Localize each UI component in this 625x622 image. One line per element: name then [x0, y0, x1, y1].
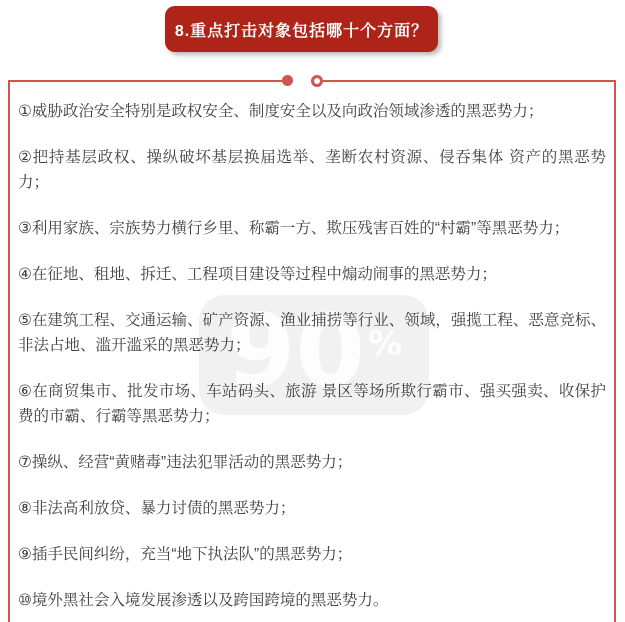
list-item-9: ⑨插手民间纠纷，充当“地下执法队”的黑恶势力；: [18, 542, 606, 567]
list-item-1: ①威胁政治安全特别是政权安全、制度安全以及向政治领域渗透的黑恶势力；: [18, 99, 606, 124]
header-banner: 8.重点打击对象包括哪十个方面？: [165, 6, 438, 52]
divider-dot-hollow-icon: [311, 75, 323, 87]
list-item-6: ⑥在商贸集市、批发市场、车站码头、旅游 景区等场所欺行霸市、强买强卖、收保护费的…: [18, 379, 606, 429]
list-item-2: ②把持基层政权、操纵破坏基层换届选举、垄断农村资源、侵吞集体 资产的黑恶势力；: [18, 145, 606, 195]
page-title: 8.重点打击对象包括哪十个方面？: [175, 18, 428, 41]
list-item-10: ⑩境外黑社会入境发展渗透以及跨国跨境的黑恶势力。: [18, 588, 606, 613]
list-item-4: ④在征地、租地、拆迁、工程项目建设等过程中煽动闹事的黑恶势力；: [18, 262, 606, 287]
crackdown-target-list: ①威胁政治安全特别是政权安全、制度安全以及向政治领域渗透的黑恶势力； ②把持基层…: [18, 99, 606, 613]
divider-dot-filled-icon: [282, 75, 293, 86]
content-panel: 90 % ①威胁政治安全特别是政权安全、制度安全以及向政治领域渗透的黑恶势力； …: [8, 80, 616, 622]
list-item-3: ③利用家族、宗族势力横行乡里、称霸一方、欺压残害百姓的“村霸”等黑恶势力；: [18, 216, 606, 241]
list-item-5: ⑤在建筑工程、交通运输、矿产资源、渔业捕捞等行业、领域，强揽工程、恶意竞标、非法…: [18, 308, 606, 358]
list-item-8: ⑧非法高利放贷、暴力讨债的黑恶势力；: [18, 496, 606, 521]
divider-line-gap: [293, 79, 311, 83]
list-item-7: ⑦操纵、经营“黄赌毒”违法犯罪活动的黑恶势力；: [18, 450, 606, 475]
infographic-card: 8.重点打击对象包括哪十个方面？ 90 % ①威胁政治安全特别是政权安全、制度安…: [0, 0, 625, 622]
